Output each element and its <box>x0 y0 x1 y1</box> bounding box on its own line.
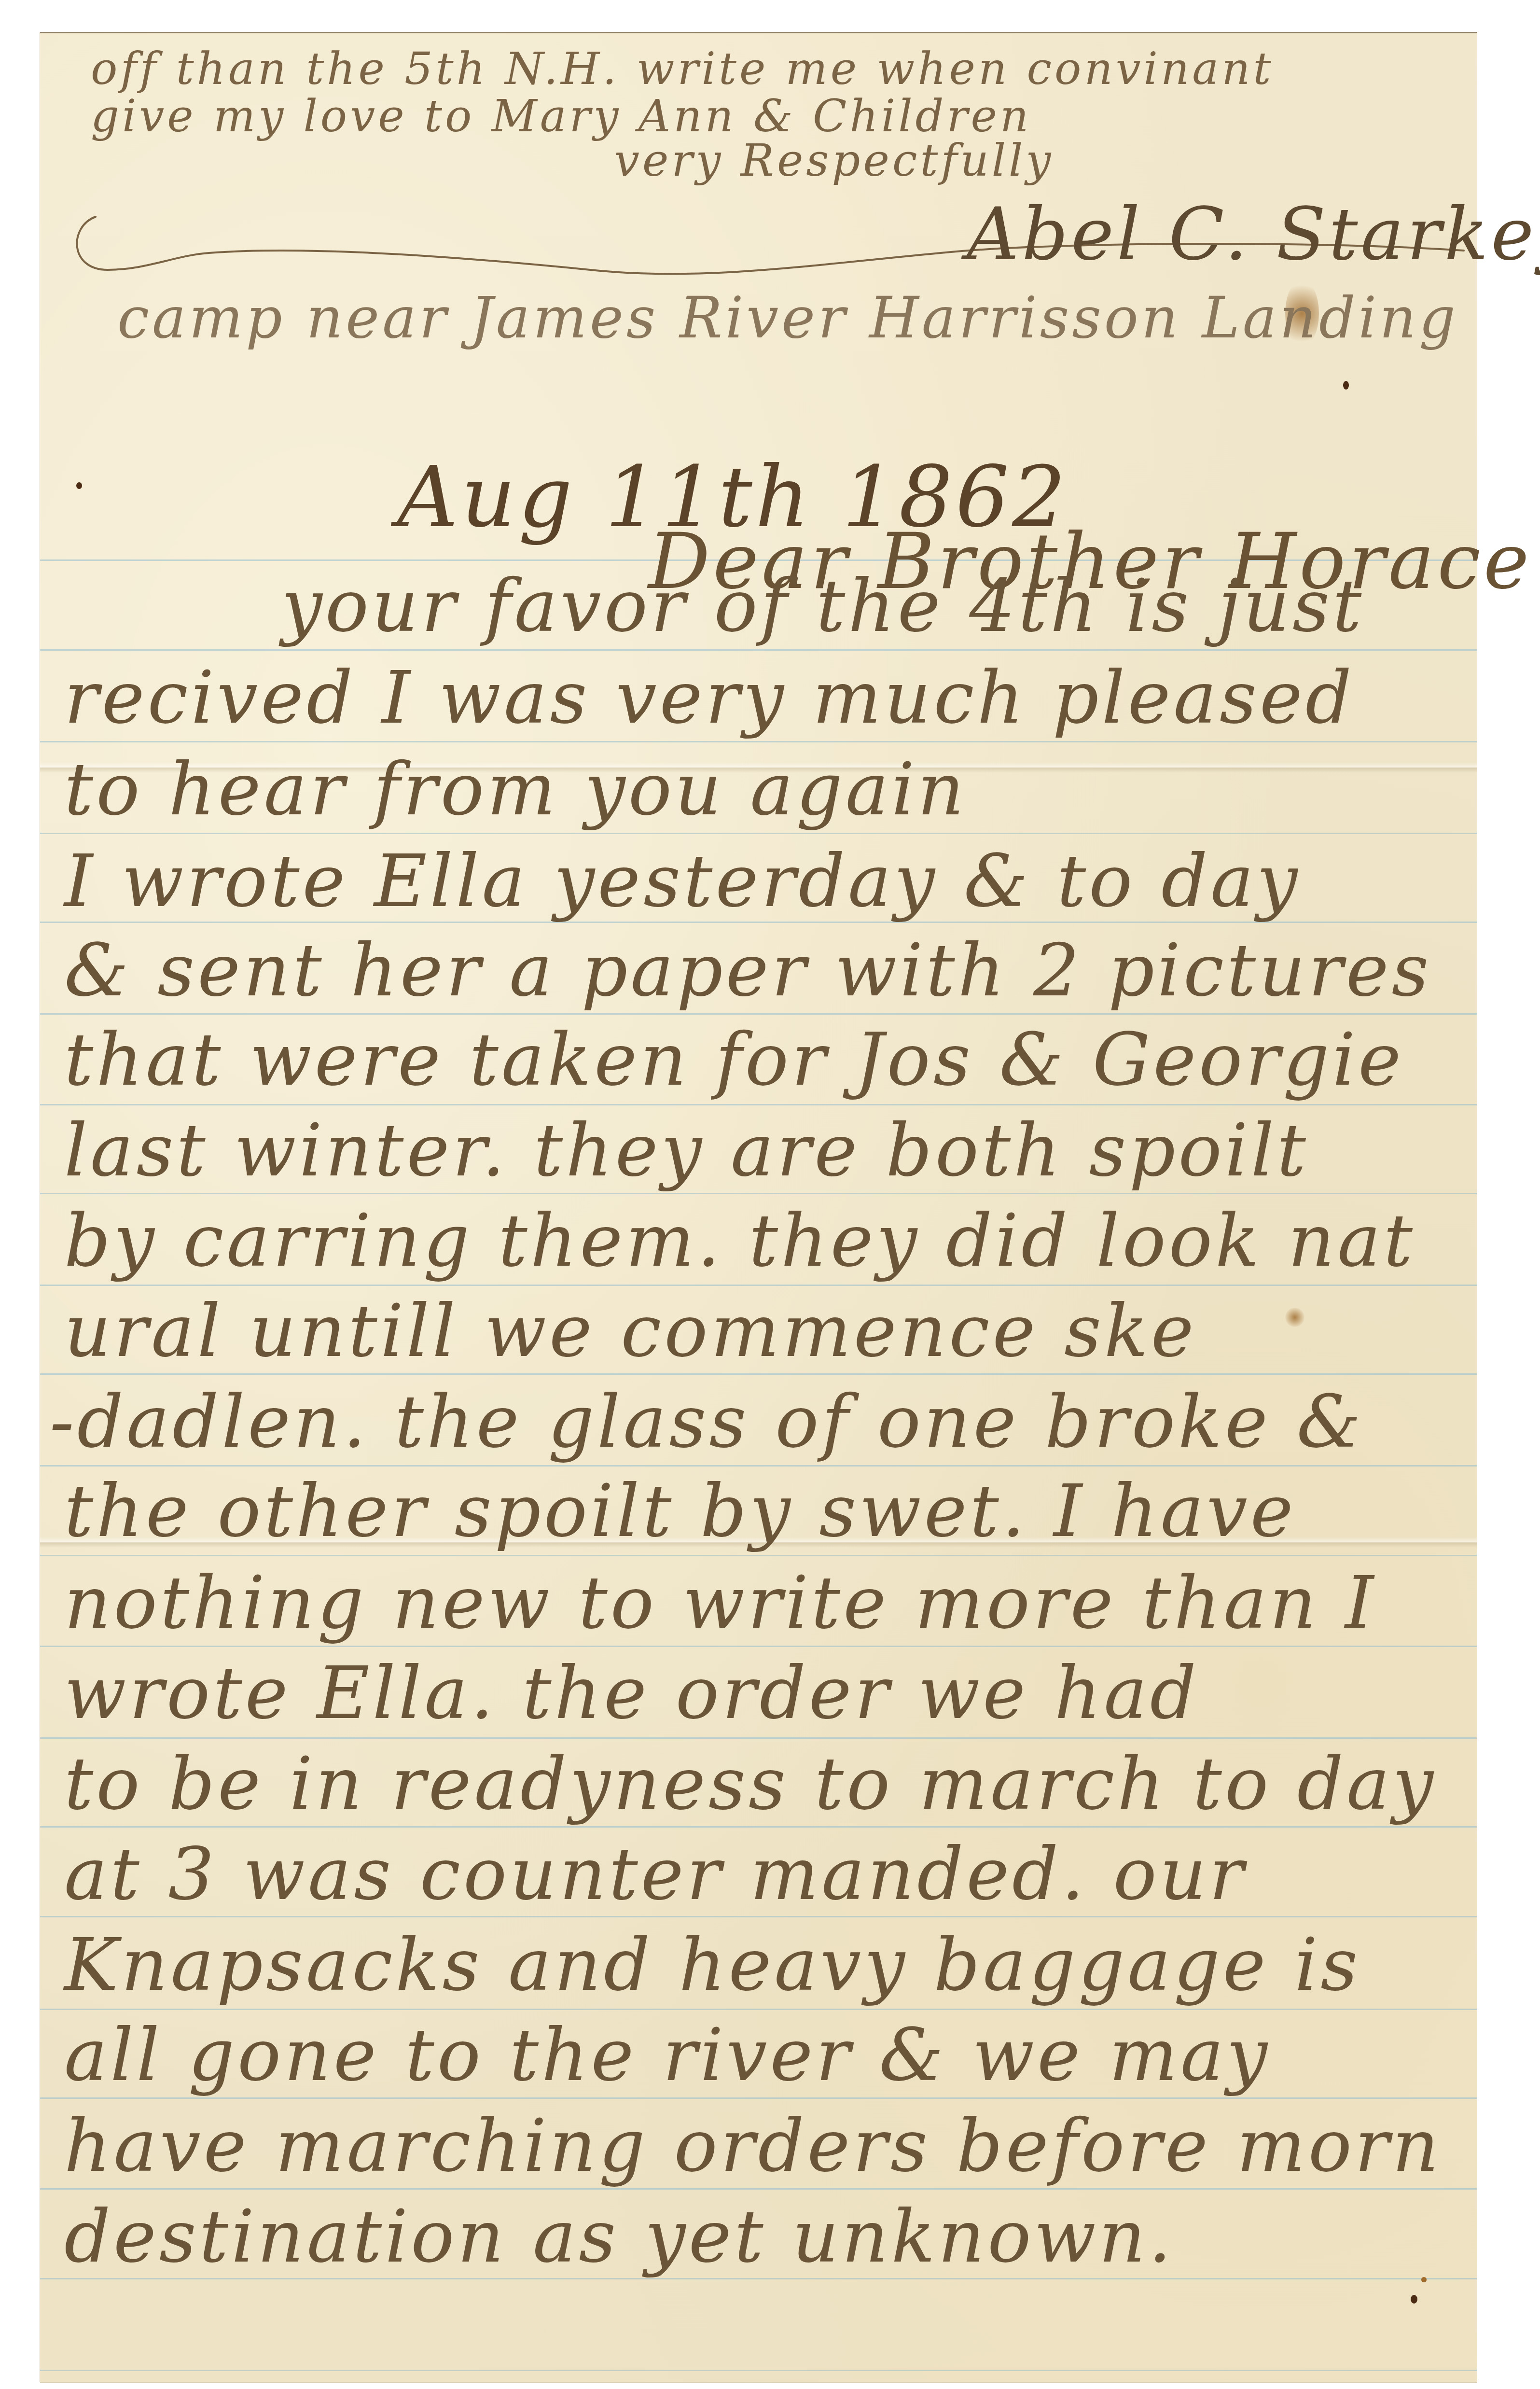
ruled-line <box>40 1826 1477 1828</box>
ruled-line <box>40 2097 1477 2099</box>
body-line: nothing new to write more than I <box>64 1561 1376 1645</box>
body-line: recived I was very much pleased <box>64 656 1355 740</box>
body-line: all gone to the river & we may <box>64 2013 1270 2097</box>
ink-speck <box>1343 381 1349 390</box>
ink-stain <box>1285 1308 1304 1327</box>
body-line: ural untill we commence ske <box>64 1289 1197 1373</box>
ruled-line <box>40 833 1477 834</box>
ink-speck <box>1421 2277 1427 2282</box>
letter-page: off than the 5th N.H. write me when conv… <box>40 32 1477 2382</box>
body-line: to hear from you again <box>64 748 967 832</box>
body-line: your favor of the 4th is just <box>281 564 1364 648</box>
ruled-line <box>40 1555 1477 1556</box>
body-line: to be in readyness to march to day <box>64 1742 1436 1826</box>
ink-speck <box>76 482 82 489</box>
ruled-line <box>40 2009 1477 2010</box>
signature: Abel C. Starkey <box>967 193 1540 277</box>
letter-heading: camp near James River Harrisson Landing <box>117 284 1458 351</box>
ruled-line <box>40 2370 1477 2371</box>
body-line: -dadlen. the glass of one broke & <box>50 1380 1364 1464</box>
ruled-line <box>40 1104 1477 1105</box>
body-line: at 3 was counter manded. our <box>64 1832 1247 1916</box>
ruled-line <box>40 1013 1477 1015</box>
body-line: the other spoilt by swet. I have <box>64 1469 1296 1553</box>
body-line: wrote Ella. the order we had <box>64 1651 1199 1735</box>
ruled-line <box>40 1737 1477 1739</box>
body-line: by carring them. they did look nat <box>64 1199 1415 1283</box>
ruled-line <box>40 741 1477 742</box>
body-line: that were taken for Jos & Georgie <box>64 1018 1404 1102</box>
ruled-line <box>40 1373 1477 1375</box>
body-line: & sent her a paper with 2 pictures <box>64 929 1431 1013</box>
ruled-line <box>40 1285 1477 1286</box>
postscript-line: off than the 5th N.H. write me when conv… <box>91 43 1274 95</box>
ruled-line <box>40 2188 1477 2190</box>
ruled-line <box>40 1646 1477 1647</box>
ink-speck <box>1411 2295 1417 2304</box>
ruled-line <box>40 1193 1477 1194</box>
ruled-line <box>40 1465 1477 1467</box>
body-line: last winter. they are both spoilt <box>64 1109 1309 1193</box>
body-line: Knapsacks and heavy baggage is <box>64 1923 1360 2007</box>
closing: very Respectfully <box>614 135 1054 186</box>
body-line: have marching orders before morn <box>64 2104 1442 2188</box>
body-line: I wrote Ella yesterday & to day <box>64 839 1300 923</box>
postscript-line: give my love to Mary Ann & Children <box>91 90 1031 142</box>
body-line: destination as yet unknown. <box>64 2195 1174 2279</box>
ruled-line <box>40 649 1477 651</box>
